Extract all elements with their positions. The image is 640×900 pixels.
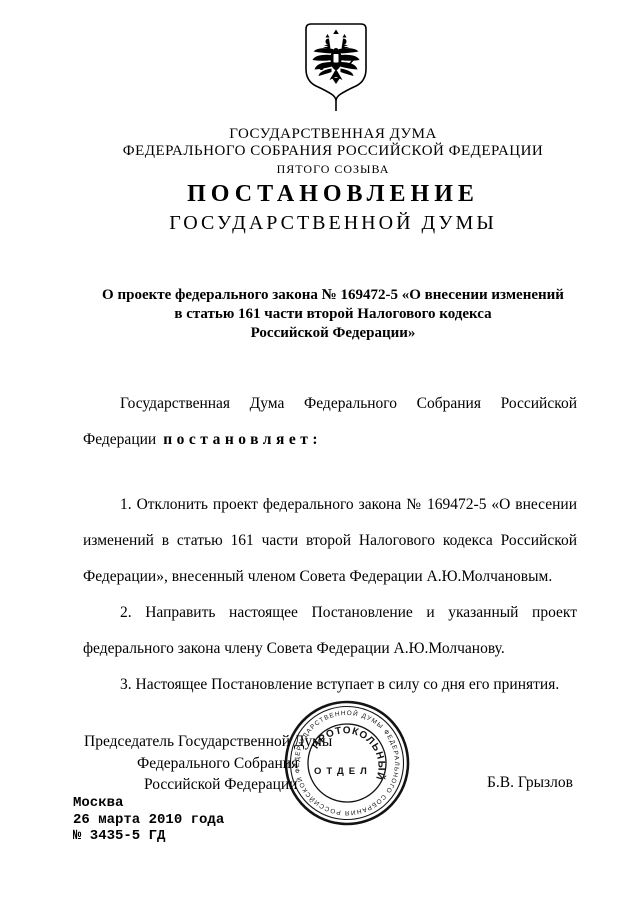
preamble-line2-text: Федерации bbox=[83, 431, 156, 448]
stamp-center-line2: ОТДЕЛ bbox=[314, 766, 372, 777]
double-headed-eagle-icon bbox=[313, 30, 360, 85]
item2-line1: 2. Направить настоящее Постановление и у… bbox=[83, 595, 577, 631]
item3-line1: 3. Настоящее Постановление вступает в си… bbox=[83, 667, 577, 703]
preamble-line2: Федерациипостановляет: bbox=[83, 422, 577, 458]
document-type-heading: ПОСТАНОВЛЕНИЕ bbox=[73, 181, 593, 208]
item1-line3: Федерации», внесенный членом Совета Феде… bbox=[83, 559, 577, 595]
convocation-line: ПЯТОГО СОЗЫВА bbox=[73, 161, 593, 177]
stamp-outer-ring bbox=[283, 699, 411, 827]
org-name-line1: ГОСУДАРСТВЕННАЯ ДУМА bbox=[73, 126, 593, 143]
issue-date: 26 марта 2010 года bbox=[73, 812, 224, 829]
title-line1: О проекте федерального закона № 169472-5… bbox=[73, 286, 593, 305]
issue-details: Москва 26 марта 2010 года № 3435-5 ГД bbox=[73, 795, 224, 845]
stamp-middle-ring bbox=[283, 699, 411, 827]
item1-line1: 1. Отклонить проект федерального закона … bbox=[83, 487, 577, 523]
signer-name: Б.В. Грызлов bbox=[487, 774, 573, 792]
protocol-department-stamp: ГОСУДАРСТВЕННОЙ ДУМЫ ФЕДЕРАЛЬНОГО СОБРАН… bbox=[283, 699, 411, 827]
stamp-ring-text: ГОСУДАРСТВЕННОЙ ДУМЫ ФЕДЕРАЛЬНОГО СОБРАН… bbox=[283, 699, 411, 827]
item2-line2: федерального закона члену Совета Федерац… bbox=[83, 631, 577, 667]
issue-city: Москва bbox=[73, 795, 224, 812]
title-line3: Российской Федерации» bbox=[73, 324, 593, 343]
preamble-resolves-keyword: постановляет: bbox=[163, 431, 322, 448]
org-name-line2: ФЕДЕРАЛЬНОГО СОБРАНИЯ РОССИЙСКОЙ ФЕДЕРАЦ… bbox=[73, 143, 593, 160]
preamble-line1: Государственная Дума Федерального Собран… bbox=[83, 386, 577, 422]
org-header: ГОСУДАРСТВЕННАЯ ДУМА ФЕДЕРАЛЬНОГО СОБРАН… bbox=[73, 126, 593, 177]
item1-line2: изменений в статью 161 части второй Нало… bbox=[83, 523, 577, 559]
document-body: Государственная Дума Федерального Собран… bbox=[83, 386, 577, 703]
document-org-heading: ГОСУДАРСТВЕННОЙ ДУМЫ bbox=[73, 212, 593, 235]
document-title: О проекте федерального закона № 169472-5… bbox=[73, 286, 593, 343]
issue-number: № 3435-5 ГД bbox=[73, 828, 224, 845]
document-page: { "colors": { "ink": "#000000", "paper":… bbox=[0, 0, 640, 900]
title-line2: в статью 161 части второй Налогового код… bbox=[73, 305, 593, 324]
russian-coat-of-arms-icon bbox=[302, 21, 370, 113]
